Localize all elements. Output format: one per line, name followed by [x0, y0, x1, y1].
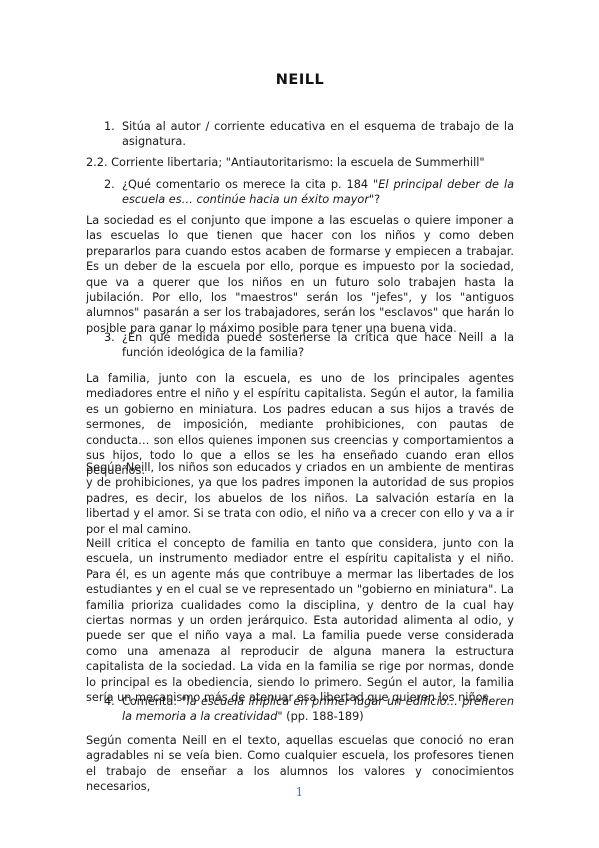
question-text: Comenta: "la escuela implica en primer l… [122, 694, 514, 725]
question-text: ¿Qué comentario os merece la cita p. 184… [122, 177, 514, 208]
page-number: 1 [0, 785, 599, 799]
paragraph-3: Según Neill, los niños son educados y cr… [86, 460, 514, 537]
question-2: 2. ¿Qué comentario os merece la cita p. … [86, 177, 514, 208]
list-number: 2. [104, 177, 115, 192]
question-suffix: " (pp. 188-189) [277, 710, 363, 723]
question-text: Sitúa al autor / corriente educativa en … [122, 119, 514, 150]
document-title: NEILL [86, 72, 514, 88]
list-number: 1. [104, 119, 115, 134]
list-number: 3. [104, 330, 115, 345]
question-3: 3. ¿En qué medida puede sostenerse la cr… [86, 330, 514, 361]
section-heading: 2.2. Corriente libertaria; "Antiautorita… [86, 155, 514, 170]
question-suffix: "? [369, 193, 380, 206]
question-4: 4. Comenta: "la escuela implica en prime… [86, 694, 514, 725]
list-number: 4. [104, 694, 115, 709]
question-1: 1. Sitúa al autor / corriente educativa … [86, 119, 514, 150]
question-prefix: Comenta: " [122, 695, 187, 708]
paragraph-4: Neill critica el concepto de familia en … [86, 536, 514, 705]
paragraph-1: La sociedad es el conjunto que impone a … [86, 213, 514, 336]
question-text: ¿En qué medida puede sostenerse la críti… [122, 330, 514, 361]
question-prefix: ¿Qué comentario os merece la cita p. 184… [122, 178, 378, 191]
